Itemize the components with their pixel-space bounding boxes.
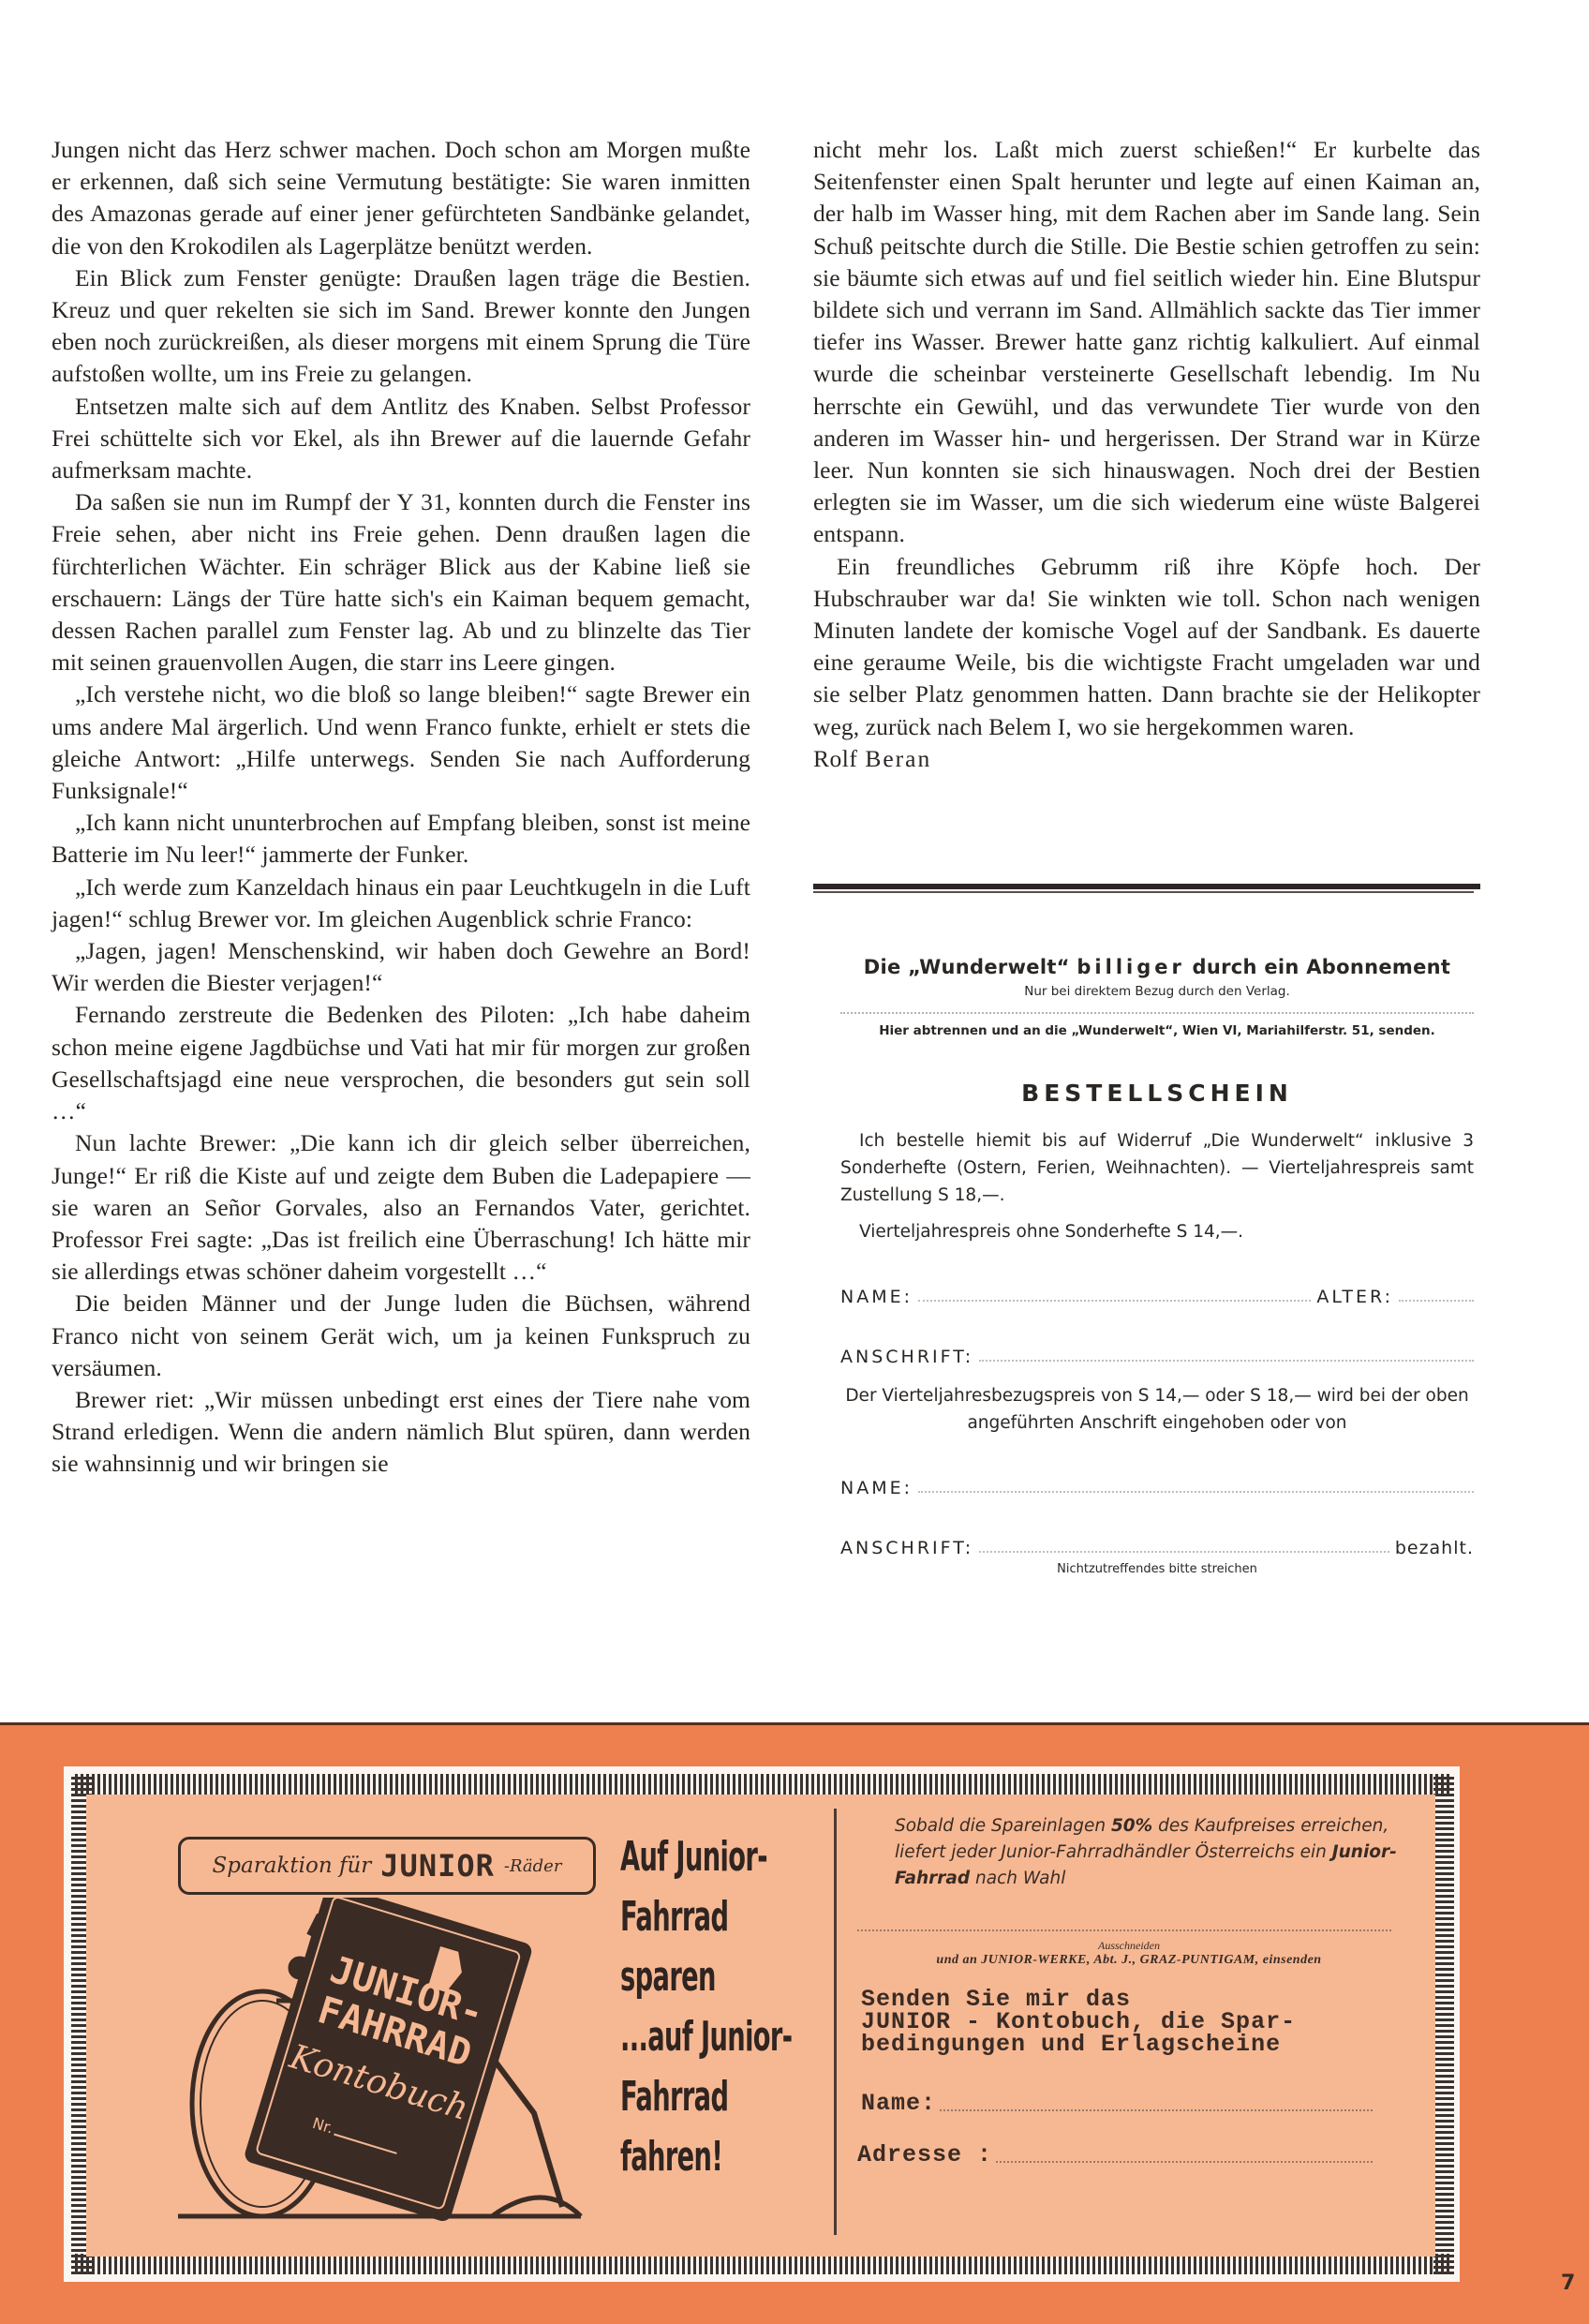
paragraph: „Jagen, jagen! Menschenskind, wir haben … bbox=[52, 935, 750, 999]
frame-hatch-bottom bbox=[75, 2254, 1450, 2274]
headline-line: Auf Junior- bbox=[620, 1827, 742, 1887]
coupon-address-field[interactable]: Adresse : bbox=[857, 2141, 1382, 2168]
cut-out-label: Ausschneiden bbox=[848, 1939, 1410, 1953]
payer-name-field[interactable]: NAME: bbox=[840, 1478, 1474, 1498]
bicycle-bankbook-illustration: JUNIOR- FAHRRAD Kontobuch Nr. bbox=[169, 1898, 600, 2226]
paragraph: Nun lachte Brewer: „Die kann ich dir gle… bbox=[52, 1127, 750, 1288]
cut-instruction: Hier abtrennen und an die „Wunderwelt“, … bbox=[829, 1023, 1485, 1038]
paragraph: Ein Blick zum Fenster genügte: Draußen l… bbox=[52, 262, 750, 391]
divider-thick-line bbox=[813, 884, 1480, 889]
paragraph: „Ich werde zum Kanzeldach hinaus ein paa… bbox=[52, 871, 750, 935]
payer-address-field[interactable]: ANSCHRIFT: bezahlt. bbox=[840, 1538, 1474, 1558]
paragraph: nicht mehr los. Laßt mich zuerst schieße… bbox=[813, 134, 1480, 551]
coupon-address-input-line[interactable] bbox=[996, 2161, 1373, 2163]
request-line: bedingungen und Erlagscheine bbox=[861, 2033, 1410, 2056]
frame-hatch-right bbox=[1433, 1774, 1454, 2274]
ad-headline: Auf Junior- Fahrrad sparen ...auf Junior… bbox=[620, 1827, 742, 2187]
price-without-extras: Vierteljahrespreis ohne Sonderhefte S 14… bbox=[859, 1218, 1474, 1245]
paragraph: Ein freundliches Gebrumm riß ihre Köpfe … bbox=[813, 551, 1480, 743]
sparaktion-badge: Sparaktion für JUNIOR -Räder bbox=[178, 1837, 596, 1895]
name-label: NAME: bbox=[840, 1287, 913, 1307]
article-right-column: nicht mehr los. Laßt mich zuerst schieße… bbox=[813, 134, 1480, 775]
age-input-line[interactable] bbox=[1399, 1299, 1474, 1302]
paragraph: Entsetzen malte sich auf dem Antlitz des… bbox=[52, 391, 750, 487]
article-left-column: Jungen nicht das Herz schwer machen. Doc… bbox=[52, 134, 750, 1481]
payer-address-label: ANSCHRIFT: bbox=[840, 1538, 973, 1558]
coupon-name-label: Name: bbox=[861, 2090, 936, 2117]
paragraph: „Ich verstehe nicht, wo die bloß so lang… bbox=[52, 678, 750, 807]
badge-script: Sparaktion für bbox=[213, 1854, 372, 1878]
coupon-cut-line bbox=[857, 1929, 1391, 1931]
paragraph: Fernando zerstreute die Bedenken des Pil… bbox=[52, 999, 750, 1127]
paragraph: Jungen nicht das Herz schwer machen. Doc… bbox=[52, 134, 750, 262]
cut-line bbox=[840, 1012, 1474, 1014]
name-input-line[interactable] bbox=[918, 1299, 1311, 1302]
page-number: 7 bbox=[1561, 2272, 1575, 2295]
ad-intro-text: Sobald die Spareinlagen 50% des Kaufprei… bbox=[895, 1813, 1410, 1892]
coupon-address-label: Adresse : bbox=[857, 2141, 992, 2168]
paid-label: bezahlt. bbox=[1395, 1538, 1474, 1558]
address-input-line[interactable] bbox=[979, 1359, 1474, 1362]
payer-name-input-line[interactable] bbox=[918, 1490, 1474, 1493]
coupon-name-field[interactable]: Name: bbox=[861, 2090, 1382, 2117]
name-field[interactable]: NAME: ALTER: bbox=[840, 1287, 1474, 1307]
headline-line: fahren! bbox=[620, 2127, 742, 2187]
author-last-name: Beran bbox=[865, 745, 931, 772]
payment-condition-text: Der Vierteljahresbezugspreis von S 14,— … bbox=[840, 1382, 1474, 1437]
order-heading: BESTELLSCHEIN bbox=[829, 1080, 1485, 1107]
ad-coupon: Sobald die Spareinlagen 50% des Kaufprei… bbox=[848, 1813, 1410, 2168]
title-emphasis: billiger bbox=[1077, 956, 1184, 978]
footnote: Nichtzutreffendes bitte streichen bbox=[829, 1562, 1485, 1576]
payer-name-label: NAME: bbox=[840, 1478, 913, 1498]
payer-address-input-line[interactable] bbox=[979, 1550, 1389, 1553]
send-to-address: und an JUNIOR-WERKE, Abt. J., GRAZ-PUNTI… bbox=[848, 1953, 1410, 1968]
address-label: ANSCHRIFT: bbox=[840, 1347, 973, 1367]
author-first-name: Rolf bbox=[813, 745, 857, 772]
coupon-name-input-line[interactable] bbox=[940, 2109, 1373, 2111]
headline-line: sparen bbox=[620, 1947, 742, 2007]
section-divider bbox=[813, 884, 1480, 893]
paragraph: Da saßen sie nun im Rumpf der Y 31, konn… bbox=[52, 486, 750, 678]
frame-hatch-top bbox=[75, 1774, 1450, 1795]
paragraph: Die beiden Männer und der Junge luden di… bbox=[52, 1288, 750, 1384]
badge-brand: JUNIOR bbox=[380, 1848, 495, 1884]
headline-line: ...auf Junior- bbox=[620, 2007, 742, 2067]
address-field[interactable]: ANSCHRIFT: bbox=[840, 1347, 1474, 1367]
headline-line: Fahrrad bbox=[620, 1887, 742, 1947]
paragraph: „Ich kann nicht ununterbrochen auf Empfa… bbox=[52, 807, 750, 871]
title-part: Die „Wunderwelt“ bbox=[864, 956, 1070, 978]
badge-suffix: -Räder bbox=[504, 1856, 562, 1876]
divider-thin-line bbox=[813, 891, 1474, 893]
author-signature: RolfBeran bbox=[813, 743, 1480, 775]
order-text: Ich bestelle hiemit bis auf Widerruf „Di… bbox=[840, 1127, 1474, 1209]
subscription-order-form: Die „Wunderwelt“ billiger durch ein Abon… bbox=[829, 956, 1485, 1576]
coupon-request-text: Senden Sie mir das JUNIOR - Kontobuch, d… bbox=[861, 1989, 1410, 2056]
form-subtitle: Nur bei direktem Bezug durch den Verlag. bbox=[829, 984, 1485, 999]
title-part: durch ein Abonnement bbox=[1192, 956, 1450, 978]
headline-line: Fahrrad bbox=[620, 2067, 742, 2127]
form-title: Die „Wunderwelt“ billiger durch ein Abon… bbox=[829, 956, 1485, 978]
ad-vertical-divider bbox=[834, 1809, 837, 2235]
paragraph: Brewer riet: „Wir müssen unbedingt erst … bbox=[52, 1384, 750, 1481]
bankbook-icon: JUNIOR- FAHRRAD Kontobuch Nr. bbox=[243, 1898, 534, 2224]
age-label: ALTER: bbox=[1316, 1287, 1393, 1307]
